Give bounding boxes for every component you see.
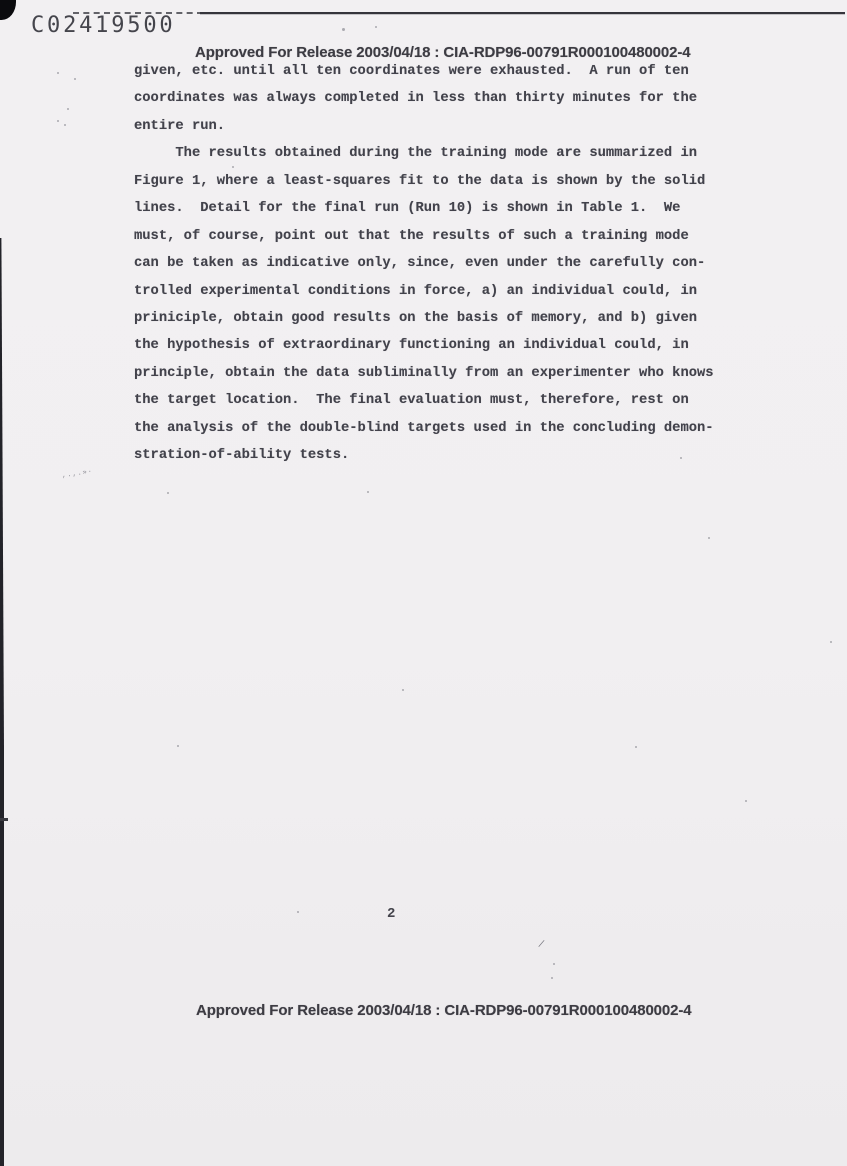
scan-slash-artifact: / [537,939,545,951]
approval-stamp-bottom: Approved For Release 2003/04/18 : CIA-RD… [196,1002,692,1019]
body-text-line: stration-of-ability tests. [134,442,714,469]
scan-speck [553,963,555,965]
scan-speck [635,746,637,748]
scan-speck [551,977,553,979]
scan-speck [74,78,76,80]
scan-speck [67,108,69,110]
scan-speck [367,491,369,493]
scan-speck [830,641,832,643]
scan-speck [708,537,710,539]
page-number: 2 [387,906,395,922]
scan-speck [402,689,404,691]
scan-speck [375,26,377,28]
body-text-line: The results obtained during the training… [134,140,714,167]
scan-speck [680,457,682,459]
body-text-line: coordinates was always completed in less… [134,85,714,112]
body-text-line: the hypothesis of extraordinary function… [134,332,714,359]
body-text-line: lines. Detail for the final run (Run 10)… [134,195,714,222]
document-serial-number: C02419500 [31,13,175,38]
scan-speck [177,745,179,747]
scan-speck [57,120,59,122]
scan-squiggle-artifact: ,.,.»· [62,468,94,480]
document-body: given, etc. until all ten coordinates we… [134,58,714,470]
scanned-document-page: C02419500 Approved For Release 2003/04/1… [0,0,847,1166]
scan-speck [297,911,299,913]
scan-speck [745,800,747,802]
body-text-line: priniciple, obtain good results on the b… [134,305,714,332]
body-text-line: must, of course, point out that the resu… [134,223,714,250]
scan-speck [64,124,66,126]
scan-corner-artifact [0,0,16,20]
body-text-line: entire run. [134,113,714,140]
scan-speck [167,492,169,494]
body-text-line: principle, obtain the data subliminally … [134,360,714,387]
scan-speck [342,28,345,31]
scan-edge-artifact [0,238,4,1166]
body-text-line: trolled experimental conditions in force… [134,278,714,305]
body-text-line: Figure 1, where a least-squares fit to t… [134,168,714,195]
body-text-line: the analysis of the double-blind targets… [134,415,714,442]
body-text-line: can be taken as indicative only, since, … [134,250,714,277]
body-text-line: the target location. The final evaluatio… [134,387,714,414]
top-rule-solid-segment [200,12,845,14]
scan-speck [232,166,234,168]
scan-edge-tick [0,818,8,821]
body-text-line: given, etc. until all ten coordinates we… [134,58,714,85]
scan-speck [57,72,59,74]
